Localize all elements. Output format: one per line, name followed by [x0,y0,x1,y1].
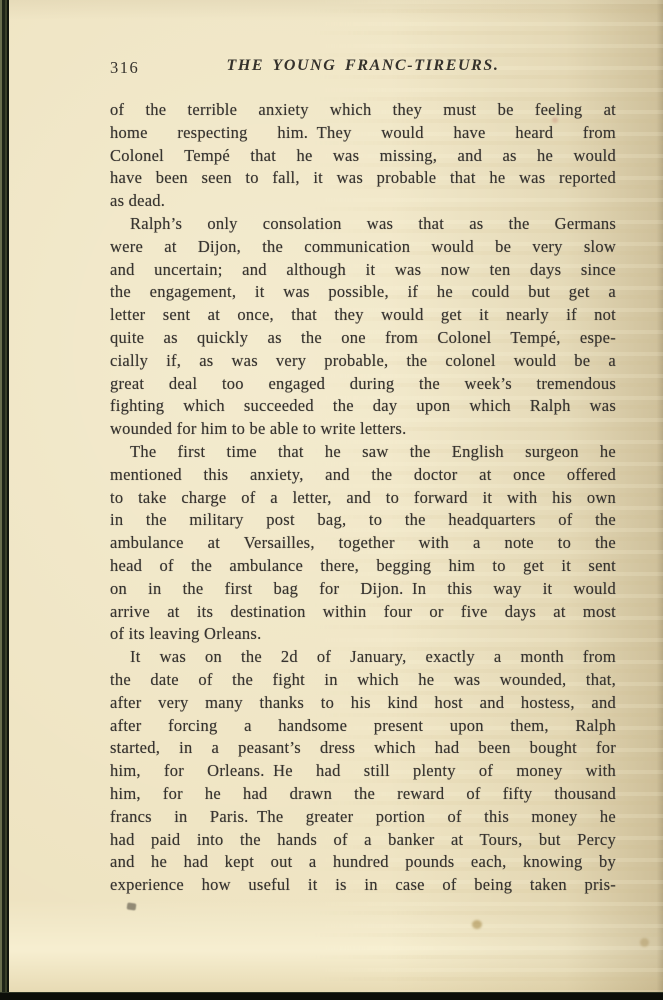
text-line: and he had kept out a hundred pounds eac… [110,851,616,874]
text-line: head of the ambulance there, begging him… [110,555,616,578]
text-line: of its leaving Orleans. [110,623,616,646]
text-block: of the terrible anxiety which they must … [110,99,616,897]
text-line: in the military post bag, to the headqua… [110,509,616,532]
paragraph: Ralph’s only consolation was that as the… [110,213,616,441]
text-line: Ralph’s only consolation was that as the… [110,213,616,236]
text-line: fighting which succeeded the day upon wh… [110,395,616,418]
page-number: 316 [110,58,139,78]
text-line: were at Dijon, the communication would b… [110,236,616,259]
paragraph: of the terrible anxiety which they must … [110,99,616,213]
text-line: started, in a peasant’s dress which had … [110,737,616,760]
text-line: him, for Orleans. He had still plenty of… [110,760,616,783]
text-line: on in the first bag for Dijon. In this w… [110,578,616,601]
bottom-scan-edge [0,992,663,1000]
text-line: had paid into the hands of a banker at T… [110,829,616,852]
text-line: It was on the 2d of January, exactly a m… [110,646,616,669]
text-line: cially if, as was very probable, the col… [110,350,616,373]
text-line: to take charge of a letter, and to forwa… [110,487,616,510]
text-line: quite as quickly as the one from Colonel… [110,327,616,350]
text-line: mentioned this anxiety, and the doctor a… [110,464,616,487]
text-line: great deal too engaged during the week’s… [110,373,616,396]
text-line: francs in Paris. The greater portion of … [110,806,616,829]
paragraph: The first time that he saw the English s… [110,441,616,646]
text-line: Colonel Tempé that he was missing, and a… [110,145,616,168]
page-header: 316 THE YOUNG FRANC-TIREURS. [110,57,616,81]
text-line: The first time that he saw the English s… [110,441,616,464]
text-line: the engagement, it was possible, if he c… [110,281,616,304]
paragraph: It was on the 2d of January, exactly a m… [110,646,616,897]
text-line: arrive at its destination within four or… [110,601,616,624]
text-line: wounded for him to be able to write lett… [110,418,616,441]
text-line: of the terrible anxiety which they must … [110,99,616,122]
text-line: have been seen to fall, it was probable … [110,167,616,190]
spine-edge [0,0,9,1000]
text-line: home respecting him. They would have hea… [110,122,616,145]
text-line: him, for he had drawn the reward of fift… [110,783,616,806]
text-line: ambulance at Versailles, together with a… [110,532,616,555]
text-line: the date of the fight in which he was wo… [110,669,616,692]
text-line: and uncertain; and although it was now t… [110,259,616,282]
text-line: experience how useful it is in case of b… [110,874,616,897]
text-line: as dead. [110,190,616,213]
paper-stain [472,920,482,929]
ink-smudge [127,902,137,910]
text-line: letter sent at once, that they would get… [110,304,616,327]
running-title: THE YOUNG FRANC-TIREURS. [110,57,616,75]
text-line: after forcing a handsome present upon th… [110,715,616,738]
text-line: after very many thanks to his kind host … [110,692,616,715]
paper-stain [640,938,649,947]
book-page: 316 THE YOUNG FRANC-TIREURS. of the terr… [0,0,663,1000]
